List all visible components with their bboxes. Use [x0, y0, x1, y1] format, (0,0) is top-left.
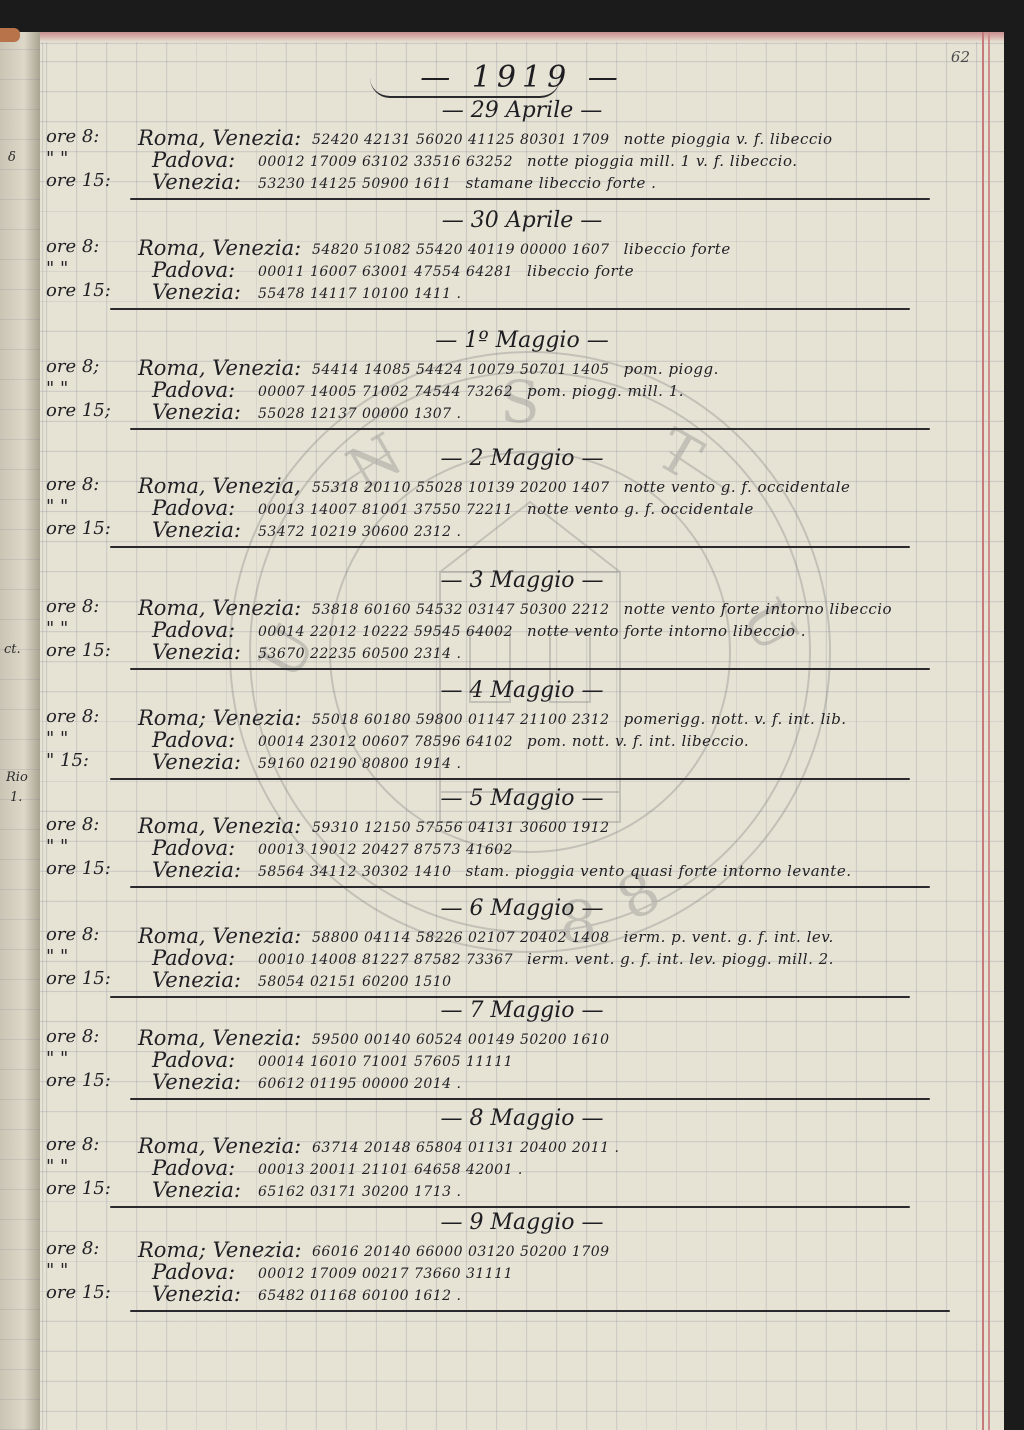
day-title: — 30 Aprile — [40, 208, 1004, 233]
observation-code-groups: 59310 12150 57556 04131 30600 1912 [312, 820, 610, 836]
observation-time: ore 15: [46, 968, 116, 989]
weather-note: notte vento forte intorno libeccio [624, 600, 893, 618]
ledger-page: 62 U N S T U 8 8 — 1919 — — 29 Aprile —o… [40, 32, 1004, 1430]
observation-code-groups: 00012 17009 00217 73660 31111 [258, 1266, 513, 1282]
binding-tab [0, 28, 20, 42]
station-name: Roma, Venezia: [138, 924, 301, 948]
observation-time: ore 15: [46, 170, 116, 191]
left-page-fragment: Rio [6, 770, 28, 785]
left-page-fragment: 1. [10, 790, 22, 805]
observation-code-groups: 63714 20148 65804 01131 20400 2011 . [312, 1140, 619, 1156]
observation-code-groups: 55018 60180 59800 01147 21100 2312 [312, 712, 610, 728]
observation-code-groups: 00007 14005 71002 74544 73262 [258, 384, 513, 400]
observation-code-groups: 66016 20140 66000 03120 50200 1709 [312, 1244, 610, 1260]
section-divider [110, 1206, 910, 1208]
observation-code-groups: 55028 12137 00000 1307 . [258, 406, 462, 422]
observation-time: " " [46, 1156, 116, 1177]
left-page-edge: ẟ ct. Rio 1. [0, 32, 40, 1430]
weather-note: ierm. p. vent. g. f. int. lev. [624, 928, 834, 946]
station-name: Padova: [152, 378, 235, 402]
weather-note: pomerigg. nott. v. f. int. lib. [624, 710, 847, 728]
section-divider [130, 886, 930, 888]
section-divider [110, 778, 910, 780]
observation-time: " " [46, 378, 116, 399]
left-page-fragment: ẟ [8, 150, 16, 165]
observation-time: ore 8: [46, 924, 116, 945]
station-name: Venezia: [152, 1282, 241, 1306]
station-name: Venezia: [152, 1178, 241, 1202]
observation-time: ore 8; [46, 356, 116, 377]
station-name: Padova: [152, 1260, 235, 1284]
station-name: Roma, Venezia: [138, 356, 301, 380]
observation-code-groups: 55478 14117 10100 1411 . [258, 286, 462, 302]
section-divider [130, 1310, 950, 1312]
station-name: Padova: [152, 1048, 235, 1072]
station-name: Venezia: [152, 750, 241, 774]
observation-code-groups: 00014 22012 10222 59545 64002 [258, 624, 513, 640]
observation-time: ore 8: [46, 1134, 116, 1155]
observation-time: " " [46, 496, 116, 517]
day-title: — 9 Maggio — [40, 1210, 1004, 1235]
observation-time: ore 15: [46, 1178, 116, 1199]
station-name: Padova: [152, 258, 235, 282]
weather-note: notte pioggia mill. 1 v. f. libeccio. [527, 152, 798, 170]
station-name: Roma, Venezia: [138, 1134, 301, 1158]
station-name: Roma, Venezia: [138, 814, 301, 838]
observation-time: " " [46, 728, 116, 749]
observation-time: " " [46, 618, 116, 639]
observation-time: ore 15: [46, 1282, 116, 1303]
observation-code-groups: 55318 20110 55028 10139 20200 1407 [312, 480, 610, 496]
observation-code-groups: 58054 02151 60200 1510 [258, 974, 452, 990]
observation-code-groups: 00014 16010 71001 57605 11111 [258, 1054, 513, 1070]
observation-time: ore 15; [46, 400, 116, 421]
section-divider [110, 546, 910, 548]
observation-code-groups: 00013 19012 20427 87573 41602 [258, 842, 513, 858]
observation-time: " " [46, 148, 116, 169]
observation-code-groups: 00014 23012 00607 78596 64102 [258, 734, 513, 750]
day-title: — 8 Maggio — [40, 1106, 1004, 1131]
observation-time: ore 8: [46, 474, 116, 495]
observation-code-groups: 52420 42131 56020 41125 80301 1709 [312, 132, 610, 148]
observation-time: ore 8: [46, 1238, 116, 1259]
observation-code-groups: 00011 16007 63001 47554 64281 [258, 264, 513, 280]
weather-note: notte vento g. f. occidentale [624, 478, 851, 496]
station-name: Roma; Venezia: [138, 1238, 302, 1262]
day-title: — 2 Maggio — [40, 446, 1004, 471]
station-name: Padova: [152, 618, 235, 642]
station-name: Padova: [152, 1156, 235, 1180]
weather-note: pom. nott. v. f. int. libeccio. [527, 732, 749, 750]
station-name: Venezia: [152, 1070, 241, 1094]
left-page-fragment: ct. [4, 642, 21, 657]
observation-code-groups: 53230 14125 50900 1611 [258, 176, 452, 192]
observation-code-groups: 00013 14007 81001 37550 72211 [258, 502, 513, 518]
station-name: Roma; Venezia: [138, 706, 302, 730]
observation-time: ore 8: [46, 126, 116, 147]
station-name: Venezia: [152, 968, 241, 992]
observation-code-groups: 00013 20011 21101 64658 42001 . [258, 1162, 523, 1178]
weather-note: pom. piogg. [624, 360, 719, 378]
observation-code-groups: 59500 00140 60524 00149 50200 1610 [312, 1032, 610, 1048]
station-name: Venezia: [152, 640, 241, 664]
weather-note: notte vento g. f. occidentale [527, 500, 754, 518]
weather-note: libeccio forte [527, 262, 634, 280]
weather-note: stam. pioggia vento quasi forte intorno … [466, 862, 852, 880]
weather-note: notte vento forte intorno libeccio . [527, 622, 806, 640]
day-title: — 3 Maggio — [40, 568, 1004, 593]
observation-code-groups: 53670 22235 60500 2314 . [258, 646, 462, 662]
observation-time: ore 15: [46, 640, 116, 661]
observation-time: ore 15: [46, 858, 116, 879]
observation-code-groups: 58564 34112 30302 1410 [258, 864, 452, 880]
page-top-edge [40, 32, 1004, 42]
station-name: Roma, Venezia: [138, 236, 301, 260]
observation-code-groups: 54414 14085 54424 10079 50701 1405 [312, 362, 610, 378]
observation-code-groups: 54820 51082 55420 40119 00000 1607 [312, 242, 610, 258]
observation-code-groups: 00012 17009 63102 33516 63252 [258, 154, 513, 170]
observation-time: " " [46, 1048, 116, 1069]
observation-time: " 15: [46, 750, 116, 771]
day-title: — 7 Maggio — [40, 998, 1004, 1023]
observation-time: " " [46, 946, 116, 967]
day-title: — 4 Maggio — [40, 678, 1004, 703]
station-name: Venezia: [152, 280, 241, 304]
observation-code-groups: 65482 01168 60100 1612 . [258, 1288, 462, 1304]
observation-time: ore 15: [46, 1070, 116, 1091]
station-name: Roma, Venezia, [138, 474, 301, 498]
observation-code-groups: 60612 01195 00000 2014 . [258, 1076, 462, 1092]
year-underline [370, 78, 560, 98]
station-name: Roma, Venezia: [138, 126, 301, 150]
observation-code-groups: 53472 10219 30600 2312 . [258, 524, 462, 540]
station-name: Padova: [152, 728, 235, 752]
observation-time: ore 15: [46, 518, 116, 539]
observation-time: " " [46, 1260, 116, 1281]
station-name: Venezia: [152, 400, 241, 424]
station-name: Roma, Venezia: [138, 596, 301, 620]
weather-note: libeccio forte [624, 240, 731, 258]
weather-note: notte pioggia v. f. libeccio [624, 130, 833, 148]
observation-time: ore 8: [46, 814, 116, 835]
weather-note: pom. piogg. mill. 1. [527, 382, 684, 400]
observation-time: ore 15: [46, 280, 116, 301]
day-title: — 6 Maggio — [40, 896, 1004, 921]
weather-note: stamane libeccio forte . [466, 174, 657, 192]
section-divider [130, 668, 930, 670]
station-name: Padova: [152, 496, 235, 520]
station-name: Roma, Venezia: [138, 1026, 301, 1050]
observation-code-groups: 00010 14008 81227 87582 73367 [258, 952, 513, 968]
section-divider [130, 1098, 930, 1100]
observation-code-groups: 65162 03171 30200 1713 . [258, 1184, 462, 1200]
station-name: Venezia: [152, 170, 241, 194]
observation-code-groups: 59160 02190 80800 1914 . [258, 756, 462, 772]
station-name: Venezia: [152, 858, 241, 882]
observation-time: " " [46, 836, 116, 857]
svg-text:S: S [500, 368, 540, 436]
observation-code-groups: 58800 04114 58226 02107 20402 1408 [312, 930, 610, 946]
weather-note: ierm. vent. g. f. int. lev. piogg. mill.… [527, 950, 834, 968]
observation-time: " " [46, 258, 116, 279]
observation-code-groups: 53818 60160 54532 03147 50300 2212 [312, 602, 610, 618]
station-name: Padova: [152, 946, 235, 970]
section-divider [130, 428, 930, 430]
observation-time: ore 8: [46, 706, 116, 727]
station-name: Venezia: [152, 518, 241, 542]
section-divider [110, 308, 910, 310]
day-title: — 5 Maggio — [40, 786, 1004, 811]
observation-time: ore 8: [46, 596, 116, 617]
day-title: — 1º Maggio — [40, 328, 1004, 353]
station-name: Padova: [152, 836, 235, 860]
observation-time: ore 8: [46, 1026, 116, 1047]
observation-time: ore 8: [46, 236, 116, 257]
section-divider [130, 198, 930, 200]
station-name: Padova: [152, 148, 235, 172]
day-title: — 29 Aprile — [40, 98, 1004, 123]
